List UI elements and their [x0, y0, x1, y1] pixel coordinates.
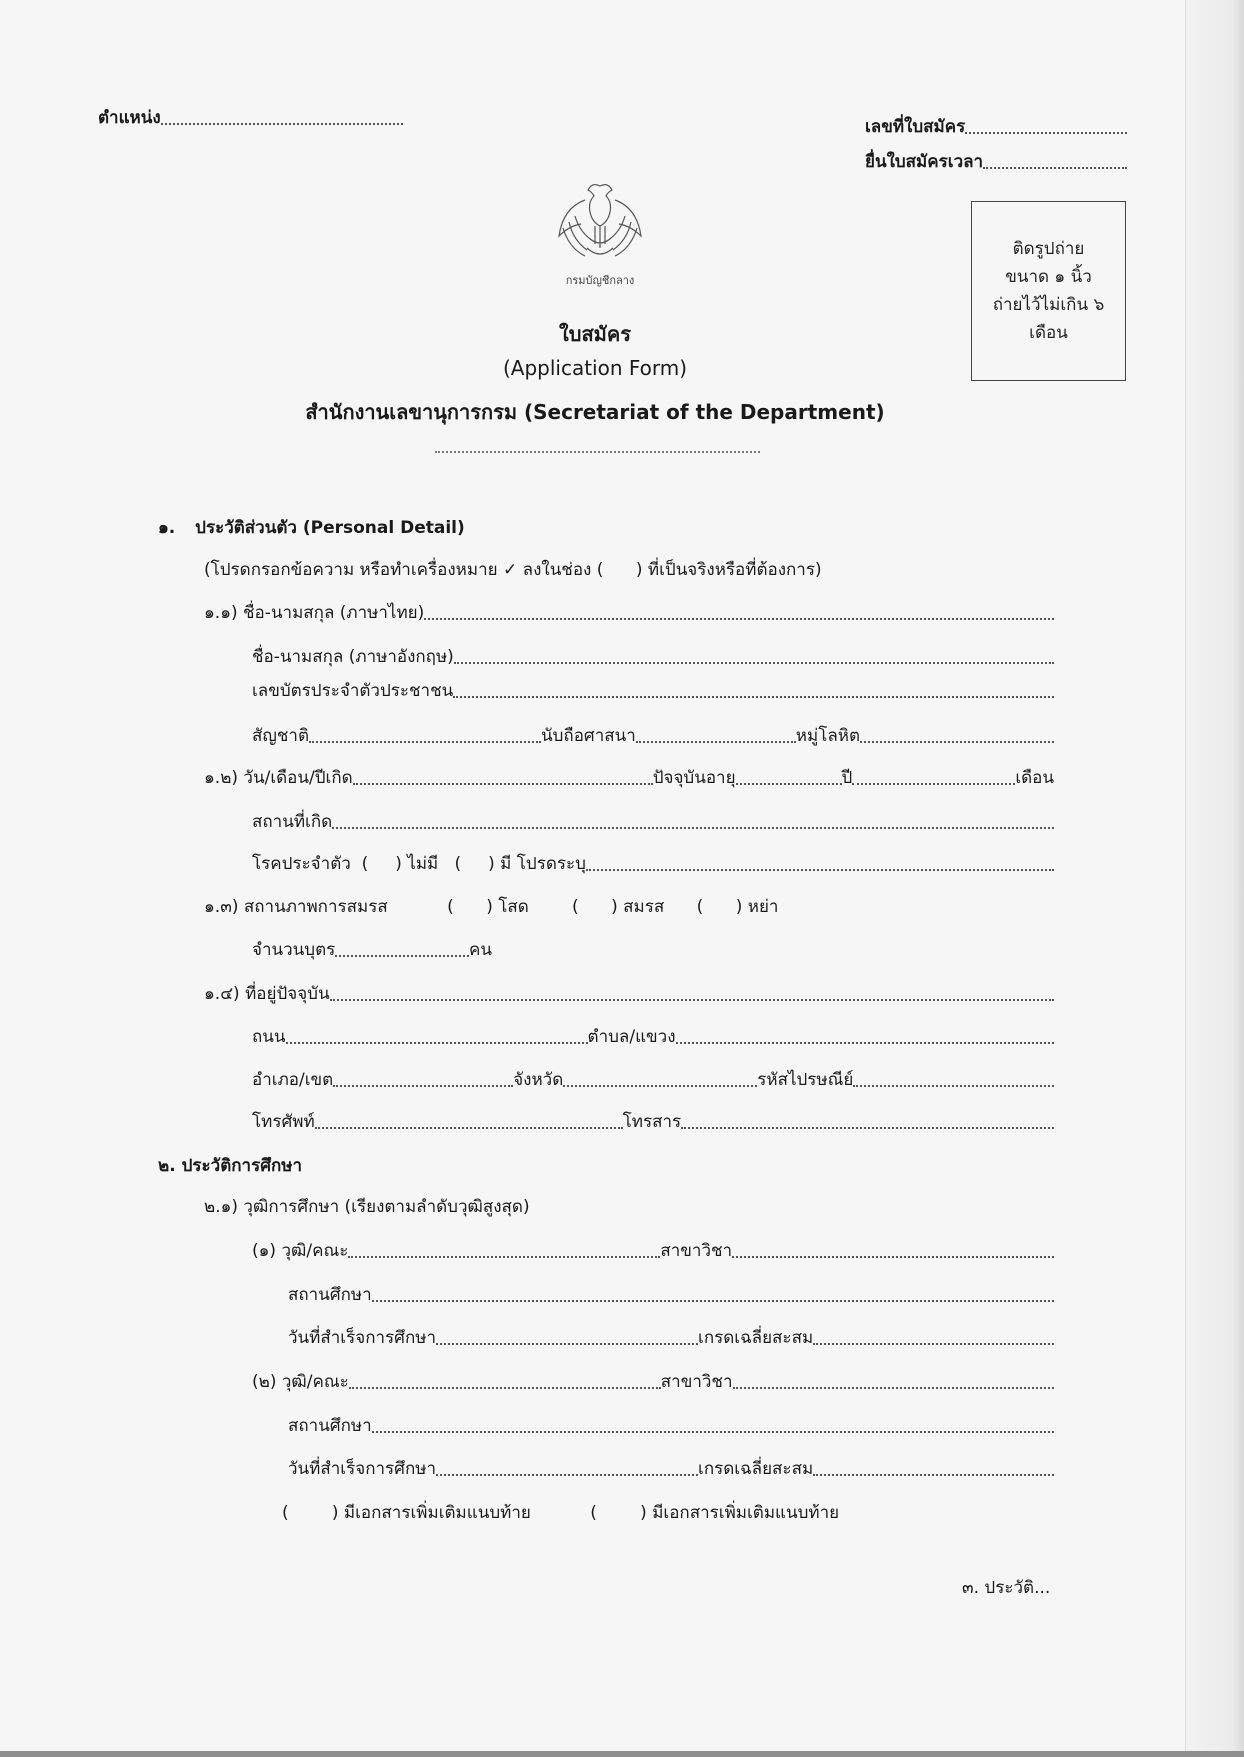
name-thai-field[interactable]: ๑.๑) ชื่อ-นามสกุล (ภาษาไทย): [204, 599, 1054, 626]
phone-input[interactable]: [315, 1127, 623, 1129]
education-2-degree-input[interactable]: [349, 1387, 661, 1389]
postal-code-input[interactable]: [853, 1085, 1054, 1087]
marital-single-checkbox[interactable]: ( ): [388, 897, 499, 917]
religion-input[interactable]: [636, 741, 796, 743]
application-no-field[interactable]: เลขที่ใบสมัคร: [865, 113, 1127, 140]
birth-place-field[interactable]: สถานที่เกิด: [252, 808, 1054, 835]
photo-box-line: ขนาด ๑ นิ้ว: [1005, 263, 1092, 291]
education-2-grad-date-input[interactable]: [436, 1474, 698, 1476]
children-count-field: จำนวนบุตร คน: [252, 936, 492, 963]
submitted-time-dotted-line[interactable]: [983, 167, 1127, 169]
education-2-gpa-input[interactable]: [813, 1474, 1054, 1476]
section-2-number: ๒.: [158, 1156, 176, 1176]
application-no-label: เลขที่ใบสมัคร: [865, 113, 965, 140]
current-address-field[interactable]: ๑.๔) ที่อยู่ปัจจุบัน: [204, 980, 1054, 1007]
section-2-title: ประวัติการศึกษา: [182, 1156, 302, 1176]
disease-none-checkbox[interactable]: ( ): [351, 854, 408, 874]
age-months-input[interactable]: [852, 783, 1015, 785]
education-1-gpa-input[interactable]: [813, 1343, 1054, 1345]
submitted-time-label: ยื่นใบสมัครเวลา: [865, 148, 983, 175]
position-field[interactable]: ตำแหน่ง: [98, 104, 403, 131]
position-label: ตำแหน่ง: [98, 104, 161, 131]
birth-place-input[interactable]: [332, 827, 1054, 829]
application-no-dotted-line[interactable]: [965, 132, 1127, 134]
age-years-input[interactable]: [736, 783, 842, 785]
district-input[interactable]: [333, 1085, 513, 1087]
disease-detail-input[interactable]: [586, 869, 1054, 871]
name-english-field[interactable]: ชื่อ-นามสกุล (ภาษาอังกฤษ): [252, 643, 1054, 670]
attachment-options-row: ( ) มีเอกสารเพิ่มเติมแนบท้าย ( ) มีเอกสา…: [282, 1499, 839, 1526]
garuda-emblem-icon: กรมบัญชีกลาง: [545, 178, 655, 293]
education-2-degree-row: (๒) วุฒิ/คณะ สาขาวิชา: [252, 1368, 1054, 1395]
blood-type-input[interactable]: [860, 741, 1054, 743]
photo-box-line: ถ่ายไว้ไม่เกิน ๖: [993, 291, 1105, 319]
education-1-major-input[interactable]: [732, 1256, 1054, 1258]
section-1-number: ๑.: [158, 518, 175, 538]
id-card-input[interactable]: [453, 696, 1054, 698]
chronic-disease-row: โรคประจำตัว ( ) ไม่มี ( ) มี โปรดระบุ: [252, 850, 1054, 877]
education-2-major-input[interactable]: [733, 1387, 1054, 1389]
marital-divorced-checkbox[interactable]: ( ): [664, 897, 748, 917]
position-dotted-line[interactable]: [161, 123, 403, 125]
education-subheading: ๒.๑) วุฒิการศึกษา (เรียงตามลำดับวุฒิสูงส…: [204, 1193, 530, 1220]
submitted-time-field[interactable]: ยื่นใบสมัครเวลา: [865, 148, 1127, 175]
section-2-heading: ๒. ประวัติการศึกษา: [158, 1152, 302, 1179]
fax-input[interactable]: [681, 1127, 1054, 1129]
current-address-input[interactable]: [330, 999, 1054, 1001]
photo-box-line: ติดรูปถ่าย: [1013, 235, 1085, 263]
section-1-title: ประวัติส่วนตัว (Personal Detail): [195, 518, 465, 538]
page-bottom-edge: [0, 1751, 1244, 1757]
education-1-grad-gpa-row: วันที่สำเร็จการศึกษา เกรดเฉลี่ยสะสม: [288, 1324, 1054, 1351]
education-1-institution-field[interactable]: สถานศึกษา: [288, 1281, 1054, 1308]
birth-date-input[interactable]: [353, 783, 653, 785]
education-1-grad-date-input[interactable]: [436, 1343, 698, 1345]
education-1-degree-row: (๑) วุฒิ/คณะ สาขาวิชา: [252, 1237, 1054, 1264]
checkmark-icon: ✓: [503, 560, 517, 580]
continued-next-page: ๓. ประวัติ...: [962, 1574, 1050, 1601]
province-input[interactable]: [563, 1085, 757, 1087]
svg-text:กรมบัญชีกลาง: กรมบัญชีกลาง: [566, 274, 635, 287]
birth-date-age-row: ๑.๒) วัน/เดือน/ปีเกิด ปัจจุบันอายุ ปี เด…: [204, 764, 1054, 791]
education-1-degree-input[interactable]: [348, 1256, 660, 1258]
education-2-institution-field[interactable]: สถานศึกษา: [288, 1412, 1054, 1439]
office-name: สำนักงานเลขานุการกรม (Secretariat of the…: [0, 396, 1190, 428]
section-1-heading: ๑. ประวัติส่วนตัว (Personal Detail): [158, 514, 465, 541]
disease-yes-checkbox[interactable]: ( ): [438, 854, 500, 874]
name-thai-input[interactable]: [424, 618, 1054, 620]
attachment-1-checkbox[interactable]: ( ): [282, 1503, 344, 1523]
phone-fax-row: โทรศัพท์ โทรสาร: [252, 1108, 1054, 1135]
name-english-input[interactable]: [454, 662, 1054, 664]
section-1-instruction: (โปรดกรอกข้อความ หรือทำเครื่องหมาย ✓ ลงใ…: [204, 556, 822, 583]
marital-married-checkbox[interactable]: ( ): [529, 897, 623, 917]
form-title-thai: ใบสมัคร: [0, 318, 1190, 350]
title-dotted-line: [435, 451, 760, 453]
education-2-grad-gpa-row: วันที่สำเร็จการศึกษา เกรดเฉลี่ยสะสม: [288, 1455, 1054, 1482]
education-1-institution-input[interactable]: [372, 1300, 1054, 1302]
photo-placeholder-box[interactable]: ติดรูปถ่าย ขนาด ๑ นิ้ว ถ่ายไว้ไม่เกิน ๖ …: [971, 201, 1126, 381]
id-card-field[interactable]: เลขบัตรประจำตัวประชาชน: [252, 677, 1054, 704]
marital-status-row: ๑.๓) สถานภาพการสมรส ( ) โสด ( ) สมรส ( )…: [204, 893, 1054, 920]
children-count-input[interactable]: [335, 955, 469, 957]
road-input[interactable]: [286, 1042, 588, 1044]
nationality-input[interactable]: [309, 741, 541, 743]
education-2-institution-input[interactable]: [372, 1431, 1054, 1433]
attachment-2-checkbox[interactable]: ( ): [536, 1503, 652, 1523]
district-province-postal-row: อำเภอ/เขต จังหวัด รหัสไปรษณีย์: [252, 1066, 1054, 1093]
road-subdistrict-row: ถนน ตำบล/แขวง: [252, 1023, 1054, 1050]
nationality-religion-blood-row: สัญชาติ นับถือศาสนา หมู่โลหิต: [252, 722, 1054, 749]
form-title-english: (Application Form): [0, 356, 1190, 380]
page-edge: [1185, 0, 1244, 1757]
subdistrict-input[interactable]: [676, 1042, 1055, 1044]
